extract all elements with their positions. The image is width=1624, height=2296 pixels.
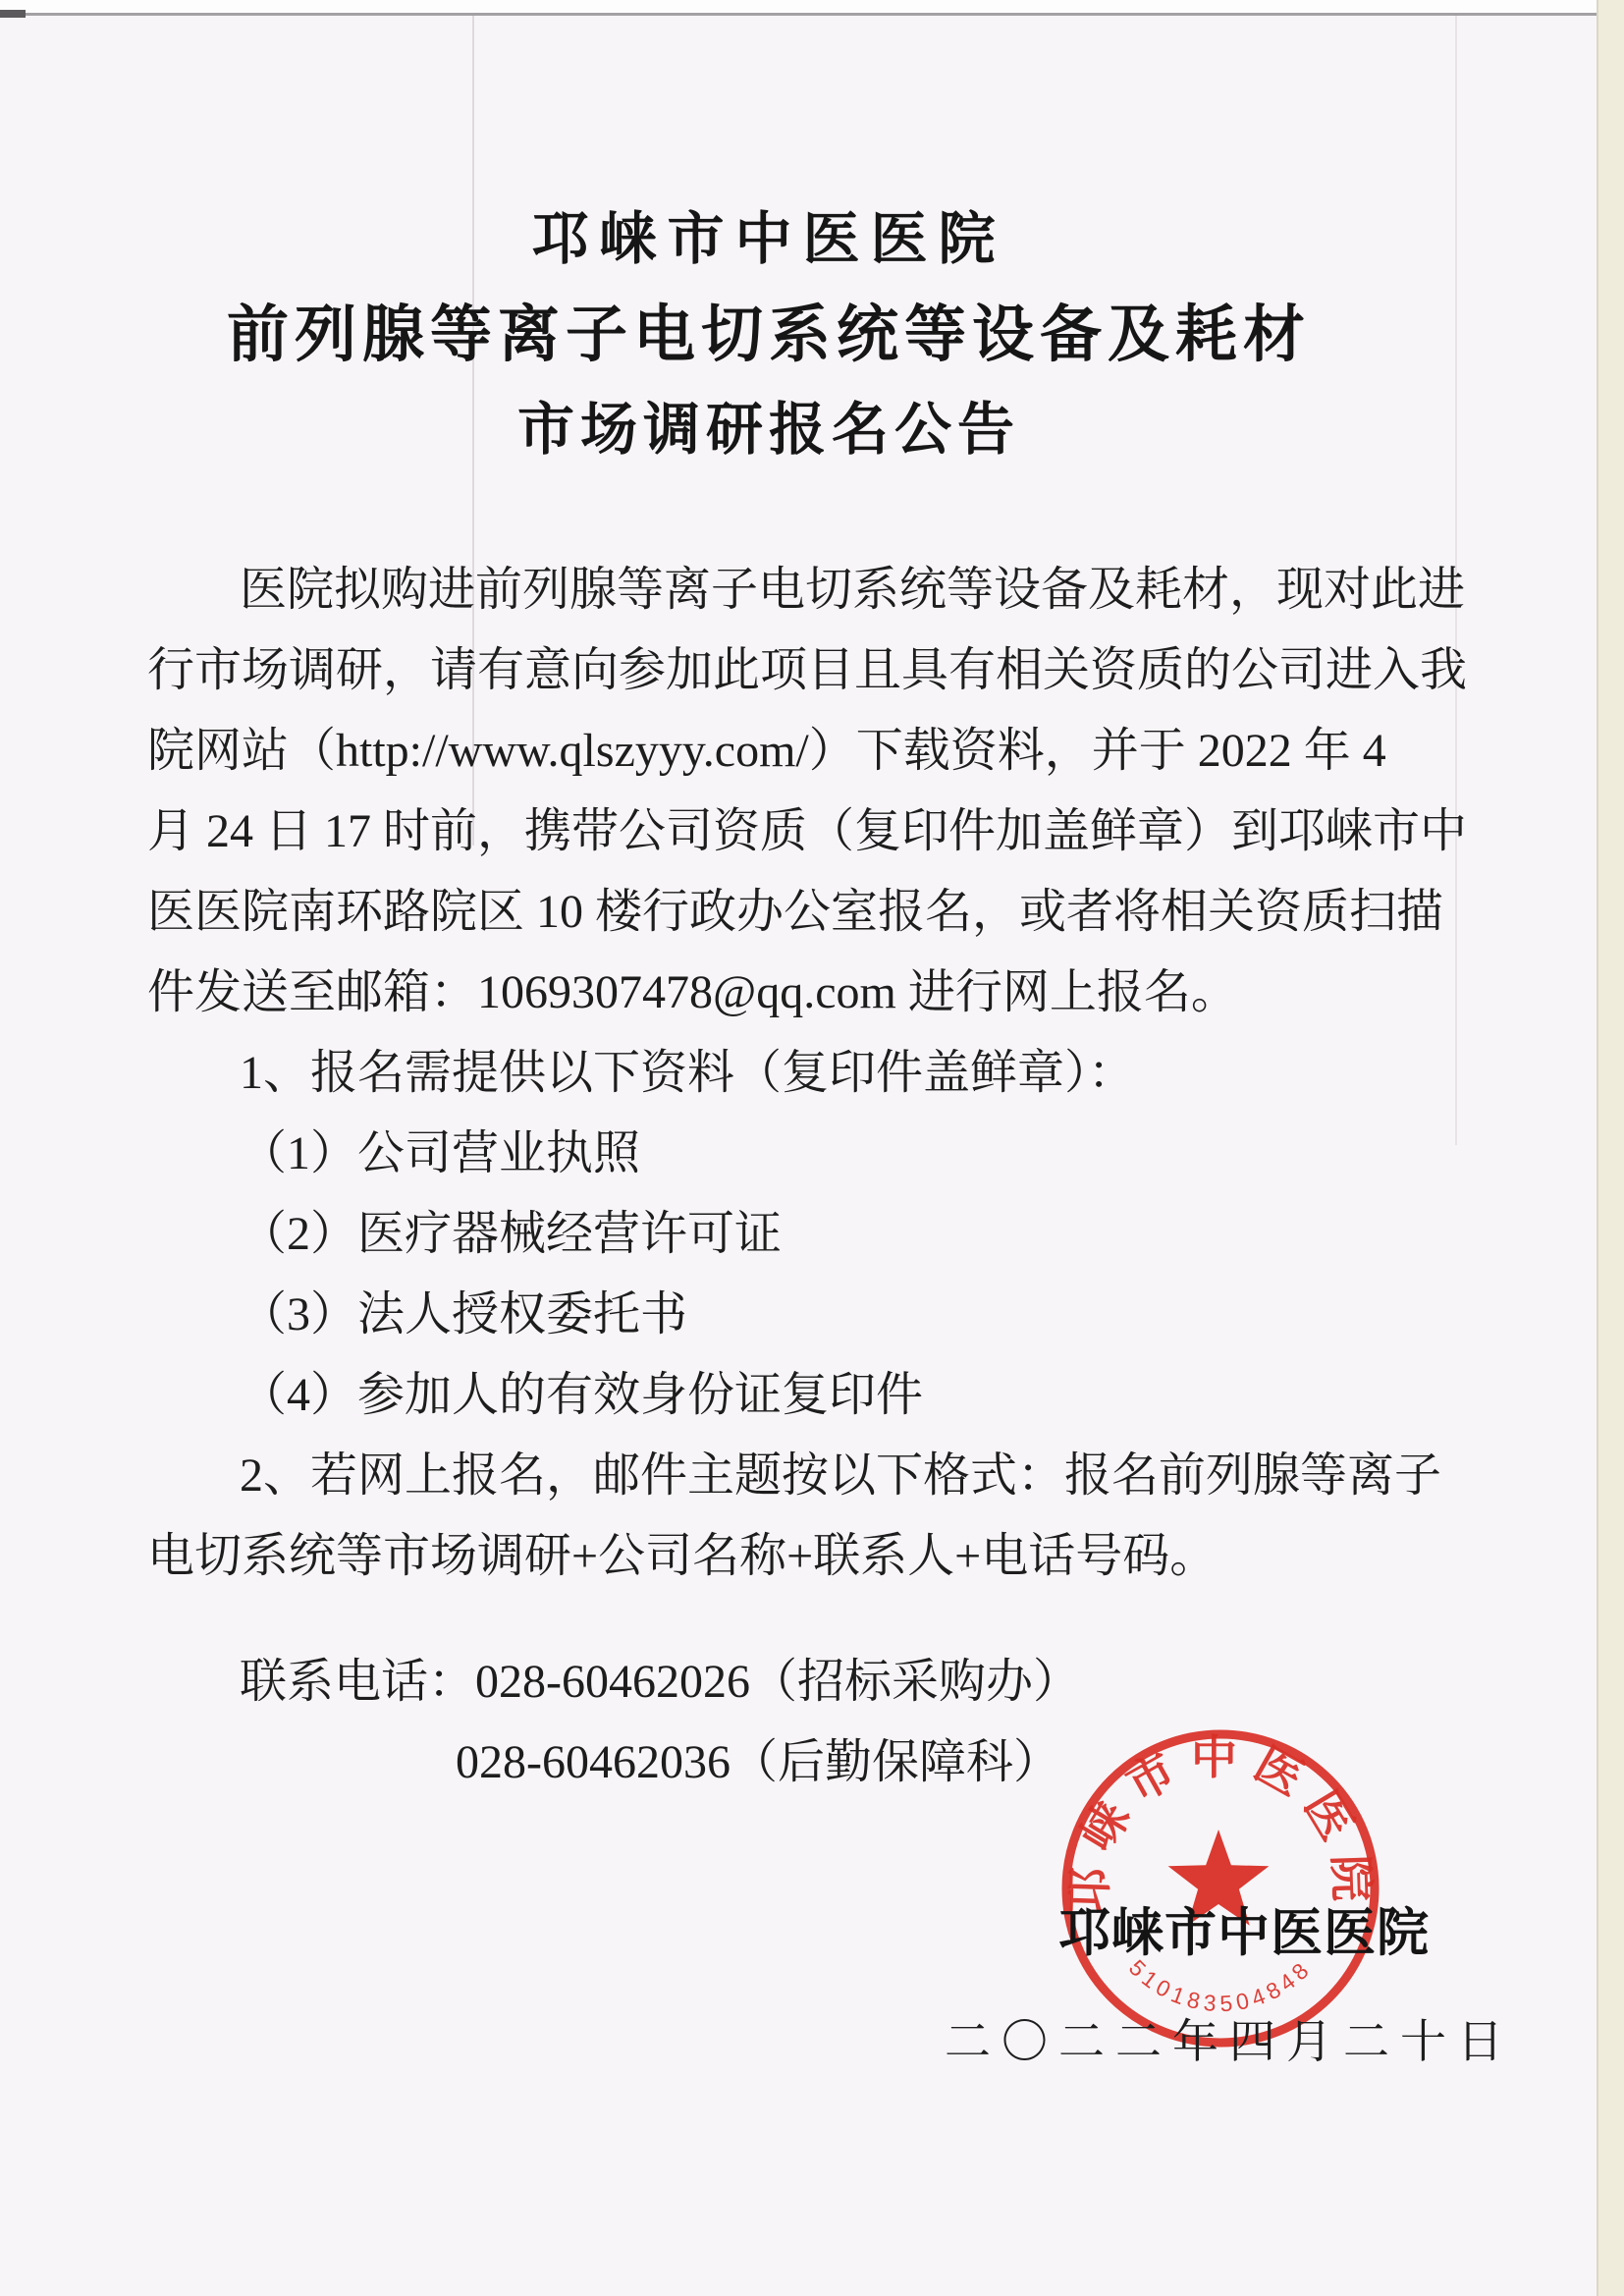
signature-hospital-name: 邛崃市中医医院 xyxy=(1058,1891,1430,1966)
body-line-list-2: 2、若网上报名，邮件主题按以下格式：报名前列腺等离子 xyxy=(147,1436,1439,1516)
scan-top-strip xyxy=(0,0,1624,13)
body-line: 行市场调研，请有意向参加此项目且具有相关资质的公司进入我 xyxy=(147,630,1439,711)
title-project-name: 前列腺等离子电切系统等设备及耗材 xyxy=(126,287,1412,383)
scanned-announcement-page: 邛崃市中医医院 前列腺等离子电切系统等设备及耗材 市场调研报名公告 医院拟购进前… xyxy=(0,0,1624,2296)
body-text-block: 医院拟购进前列腺等离子电切系统等设备及耗材，现对此进 行市场调研，请有意向参加此… xyxy=(147,550,1439,1597)
body-line: 医医院南环路院区 10 楼行政办公室报名，或者将相关资质扫描 xyxy=(147,872,1439,953)
body-line-item-3: （3）法人授权委托书 xyxy=(147,1275,1439,1355)
body-line-item-4: （4）参加人的有效身份证复印件 xyxy=(147,1355,1439,1436)
contact-phone-line-2: 028-60462036（后勤保障科） xyxy=(240,1722,1080,1803)
official-seal-stamp: 邛崃市中医医院 510183504848 xyxy=(1057,1725,1383,2051)
contact-block: 联系电话：028-60462026（招标采购办） 028-60462036（后勤… xyxy=(240,1642,1080,1803)
title-hospital-name: 邛崃市中医医院 xyxy=(126,192,1412,287)
body-line-item-1: （1）公司营业执照 xyxy=(147,1114,1439,1194)
scan-top-edge-tick xyxy=(0,10,26,18)
title-notice-type: 市场调研报名公告 xyxy=(126,383,1412,477)
document-date: 二〇二二年四月二十日 xyxy=(945,2005,1514,2071)
body-line-item-2: （2）医疗器械经营许可证 xyxy=(147,1194,1439,1275)
body-line: 院网站（http://www.qlszyyy.com/）下载资料，并于 2022… xyxy=(147,711,1439,792)
body-line: 医院拟购进前列腺等离子电切系统等设备及耗材，现对此进 xyxy=(147,550,1439,630)
body-line: 件发送至邮箱：1069307478@qq.com 进行网上报名。 xyxy=(147,953,1439,1033)
scan-top-edge-line xyxy=(0,13,1624,16)
body-line: 电切系统等市场调研+公司名称+联系人+电话号码。 xyxy=(147,1516,1439,1597)
body-line: 月 24 日 17 时前，携带公司资质（复印件加盖鲜章）到邛崃市中 xyxy=(147,792,1439,872)
scan-right-paper-edge xyxy=(1597,0,1624,2296)
body-line-list-1: 1、报名需提供以下资料（复印件盖鲜章）： xyxy=(147,1033,1439,1114)
title-block: 邛崃市中医医院 前列腺等离子电切系统等设备及耗材 市场调研报名公告 xyxy=(126,192,1412,477)
contact-phone-line-1: 联系电话：028-60462026（招标采购办） xyxy=(240,1642,1080,1722)
